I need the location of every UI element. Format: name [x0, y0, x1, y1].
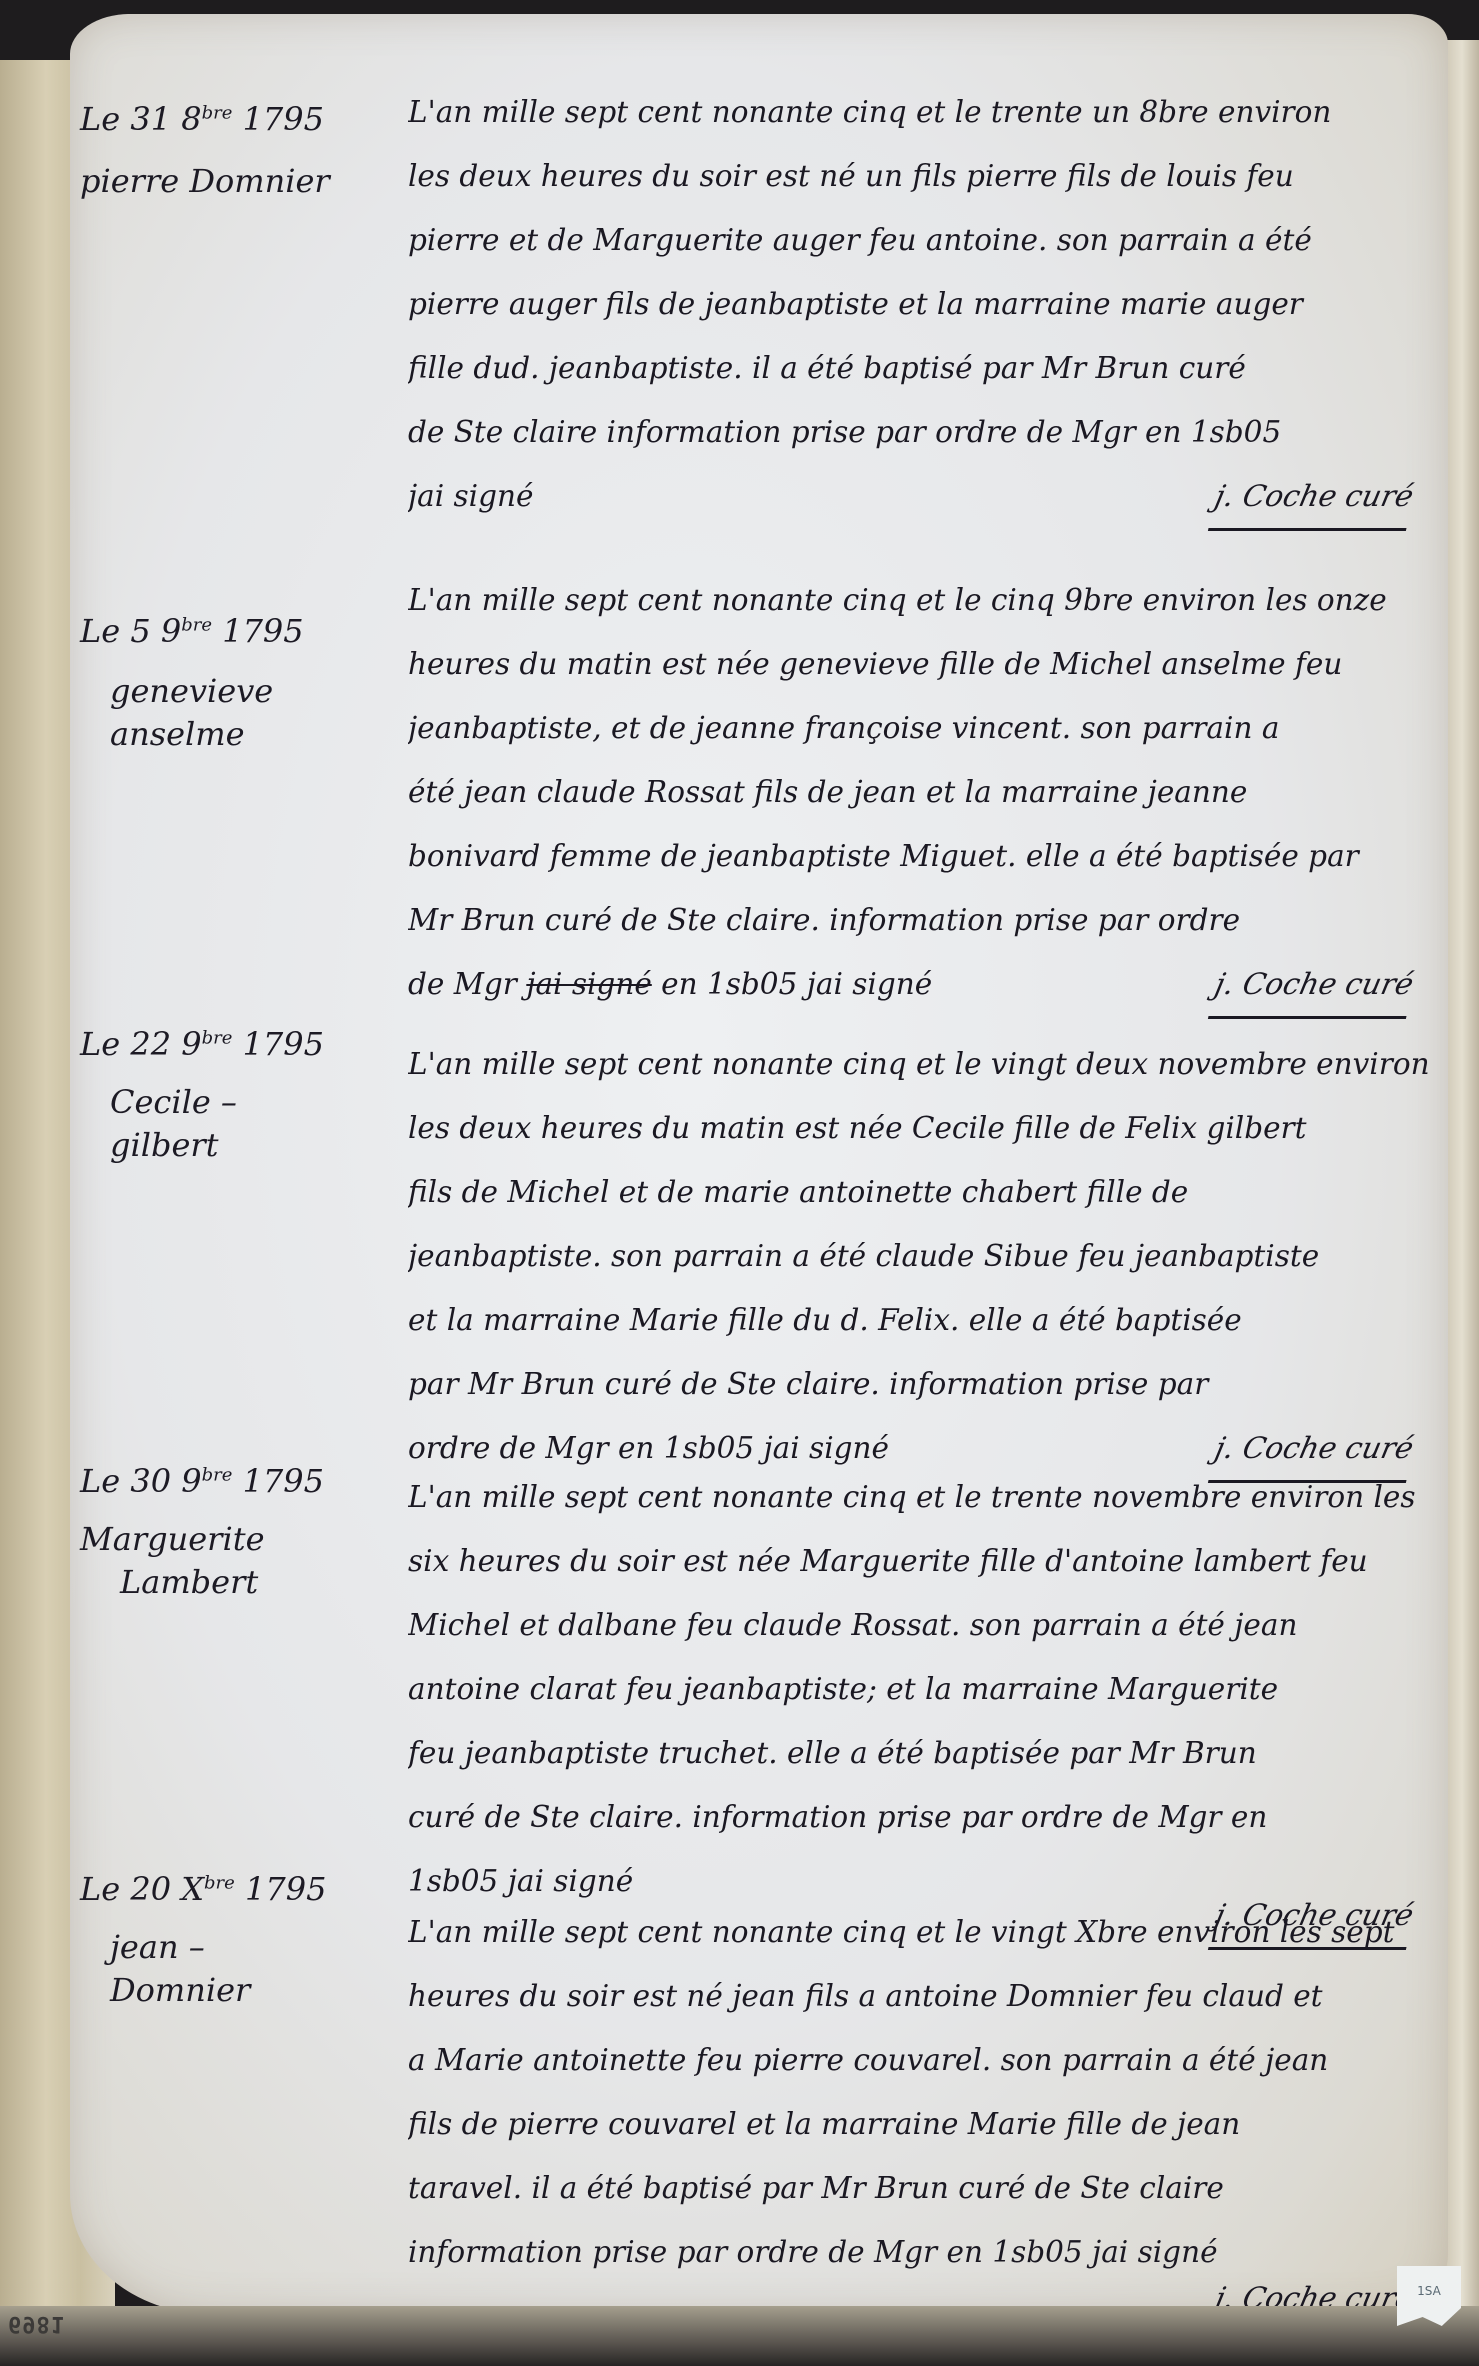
date-year: 1795 — [222, 612, 303, 650]
closing-text: de Mgr jai signé en 1sb05 jai signé — [408, 952, 932, 1016]
entry-child-surname: Lambert — [80, 1561, 390, 1604]
entry-child-name: pierre Domnier — [80, 160, 390, 203]
entry-line: et la marraine Marie fille du d. Felix. … — [408, 1288, 1453, 1352]
date-month-abbrev: bre — [202, 1464, 233, 1485]
entry-line: été jean claude Rossat fils de jean et l… — [408, 760, 1453, 824]
entry-body: L'an mille sept cent nonante cinq et le … — [408, 1032, 1453, 1483]
entry-body: L'an mille sept cent nonante cinq et le … — [408, 80, 1453, 531]
entry-closing: de Mgr jai signé en 1sb05 jai signé j. C… — [408, 952, 1453, 1019]
entry-margin: Le 5 9bre 1795 genevieve anselme — [80, 612, 390, 756]
entry-line: Michel et dalbane feu claude Rossat. son… — [408, 1593, 1453, 1657]
date-day-month: Le 30 9 — [80, 1462, 202, 1500]
entry-line: a Marie antoinette feu pierre couvarel. … — [408, 2028, 1453, 2092]
scan-bottom-edge — [0, 2306, 1479, 2366]
entry-body: L'an mille sept cent nonante cinq et le … — [408, 1465, 1453, 1950]
entry-line: feu jeanbaptiste truchet. elle a été bap… — [408, 1721, 1453, 1785]
entry-line: L'an mille sept cent nonante cinq et le … — [408, 80, 1453, 144]
entry-line: de Ste claire information prise par ordr… — [408, 400, 1453, 464]
date-day-month: Le 31 8 — [80, 100, 202, 138]
date-year: 1795 — [245, 1870, 326, 1908]
entry-child-name: Marguerite — [80, 1518, 390, 1561]
entry-margin: Le 22 9bre 1795 Cecile – gilbert — [80, 1025, 390, 1167]
entry-child-surname: gilbert — [80, 1124, 390, 1167]
entry-line: L'an mille sept cent nonante cinq et le … — [408, 568, 1453, 632]
entry-line: L'an mille sept cent nonante cinq et le … — [408, 1032, 1453, 1096]
entry-line: jeanbaptiste. son parrain a été claude S… — [408, 1224, 1453, 1288]
entry-date: Le 20 Xbre 1795 — [80, 1870, 390, 1908]
date-day-month: Le 20 X — [80, 1870, 204, 1908]
entry-line: fils de pierre couvarel et la marraine M… — [408, 2092, 1453, 2156]
entry-date: Le 31 8bre 1795 — [80, 100, 390, 138]
entry-line: heures du matin est née genevieve fille … — [408, 632, 1453, 696]
entry-line: six heures du soir est née Marguerite fi… — [408, 1529, 1453, 1593]
entry-child-surname: Domnier — [80, 1969, 390, 2012]
closing-text: jai signé — [408, 464, 533, 528]
date-day-month: Le 5 9 — [80, 612, 181, 650]
entry-date: Le 22 9bre 1795 — [80, 1025, 390, 1063]
date-day-month: Le 22 9 — [80, 1025, 202, 1063]
date-year: 1795 — [243, 100, 324, 138]
date-month-abbrev: bre — [204, 1872, 235, 1893]
entry-line: bonivard femme de jeanbaptiste Miguet. e… — [408, 824, 1453, 888]
entry-line: L'an mille sept cent nonante cinq et le … — [408, 1900, 1453, 1964]
entry-child-name: genevieve — [80, 670, 390, 713]
entry-body: L'an mille sept cent nonante cinq et le … — [408, 1900, 1453, 2333]
entry-margin: Le 20 Xbre 1795 jean – Domnier — [80, 1870, 390, 2012]
entry-line: fils de Michel et de marie antoinette ch… — [408, 1160, 1453, 1224]
closing-suffix: en 1sb05 jai signé — [661, 967, 932, 1001]
entry-line: les deux heures du matin est née Cecile … — [408, 1096, 1453, 1160]
entry-body: L'an mille sept cent nonante cinq et le … — [408, 568, 1453, 1019]
entry-closing: jai signé j. Coche curé — [408, 464, 1453, 531]
date-month-abbrev: bre — [202, 102, 233, 123]
entry-line: heures du soir est né jean fils a antoin… — [408, 1964, 1453, 2028]
entry-line: pierre et de Marguerite auger feu antoin… — [408, 208, 1453, 272]
priest-signature: j. Coche curé — [1208, 952, 1420, 1019]
entry-line: pierre auger fils de jeanbaptiste et la … — [408, 272, 1453, 336]
entry-margin: Le 31 8bre 1795 pierre Domnier — [80, 100, 390, 203]
entry-child-name: Cecile – — [80, 1081, 390, 1124]
priest-signature: j. Coche curé — [1208, 464, 1420, 531]
entry-date: Le 5 9bre 1795 — [80, 612, 390, 650]
entry-line: Mr Brun curé de Ste claire. information … — [408, 888, 1453, 952]
entry-line: taravel. il a été baptisé par Mr Brun cu… — [408, 2156, 1453, 2220]
entry-line: curé de Ste claire. information prise pa… — [408, 1785, 1453, 1849]
entry-line: les deux heures du soir est né un fils p… — [408, 144, 1453, 208]
closing-prefix: de Mgr — [408, 967, 517, 1001]
entry-line: antoine clarat feu jeanbaptiste; et la m… — [408, 1657, 1453, 1721]
date-month-abbrev: bre — [181, 614, 212, 635]
archive-folio-stamp: 6981 — [8, 2311, 65, 2336]
entry-line: jeanbaptiste, et de jeanne françoise vin… — [408, 696, 1453, 760]
entry-date: Le 30 9bre 1795 — [80, 1462, 390, 1500]
date-year: 1795 — [243, 1462, 324, 1500]
entry-child-name: jean – — [80, 1926, 390, 1969]
entry-line: fille dud. jeanbaptiste. il a été baptis… — [408, 336, 1453, 400]
date-year: 1795 — [243, 1025, 324, 1063]
entry-margin: Le 30 9bre 1795 Marguerite Lambert — [80, 1462, 390, 1604]
entry-child-surname: anselme — [80, 713, 390, 756]
entry-line: L'an mille sept cent nonante cinq et le … — [408, 1465, 1453, 1529]
entry-line: par Mr Brun curé de Ste claire. informat… — [408, 1352, 1453, 1416]
date-month-abbrev: bre — [202, 1027, 233, 1048]
struck-through-text: jai signé — [526, 967, 651, 1001]
